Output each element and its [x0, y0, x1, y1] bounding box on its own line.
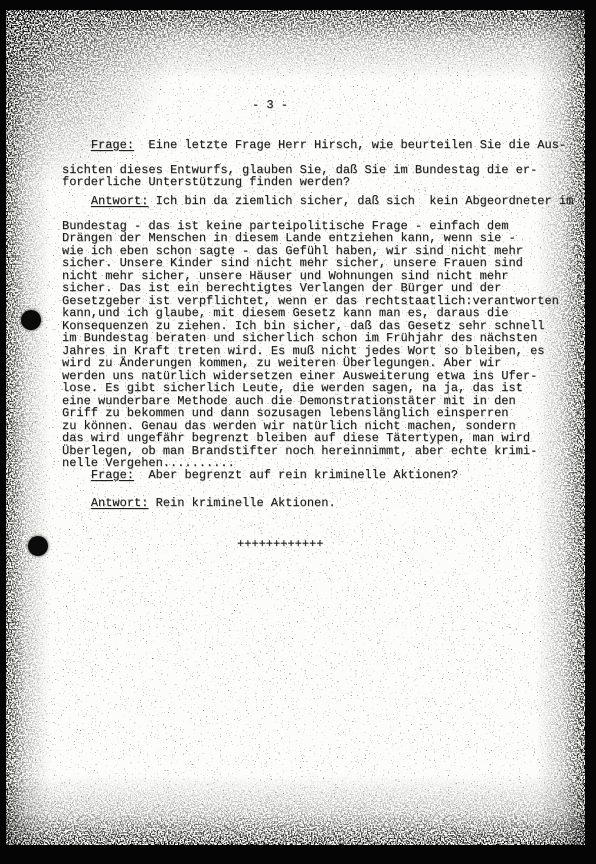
- answer-section-1: Antwort: Ich bin da ziemlich sicher, daß…: [62, 182, 582, 495]
- question-label: Frage:: [91, 468, 134, 482]
- answer-first-line: Ich bin da ziemlich sicher, daß sich kei…: [148, 194, 573, 208]
- scanned-document-screenshot: { "document": { "page_number": "- 3 -", …: [0, 0, 596, 864]
- plus-separator: ++++++++++++: [237, 538, 323, 551]
- answer-label: Antwort:: [91, 496, 149, 510]
- document-text-layer: - 3 - Frage: Eine letzte Frage Herr Hirs…: [0, 0, 596, 864]
- question-label: Frage:: [91, 138, 134, 152]
- punch-hole-top: [21, 310, 41, 330]
- punch-hole-bottom: [28, 536, 48, 556]
- answer-label: Antwort:: [91, 194, 149, 208]
- question-first-line: Aber begrenzt auf rein kriminelle Aktion…: [134, 468, 458, 482]
- answer-first-line: Rein kriminelle Aktionen.: [148, 496, 335, 510]
- page-number: - 3 -: [252, 99, 288, 112]
- question-first-line: Eine letzte Frage Herr Hirsch, wie beurt…: [134, 138, 566, 152]
- answer-body: Bundestag - das ist keine parteipolitisc…: [62, 220, 582, 470]
